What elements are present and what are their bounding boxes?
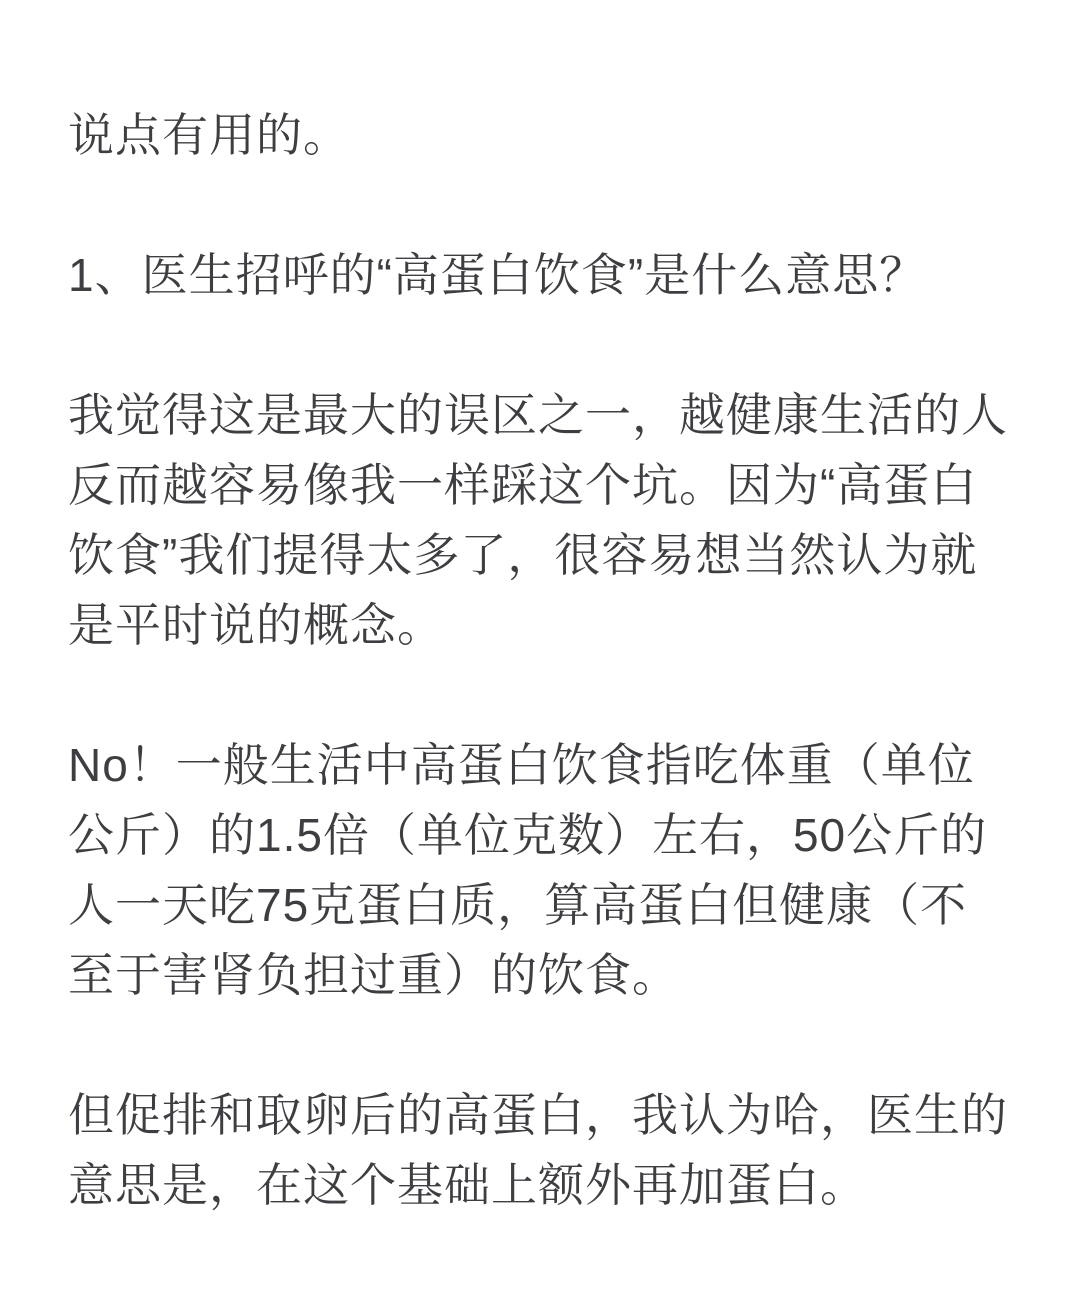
article-paragraph-definition: No！一般生活中高蛋白饮食指吃体重（单位公斤）的1.5倍（单位克数）左右，50公…: [68, 730, 1012, 1010]
article-body: 说点有用的。 1、医生招呼的“高蛋白饮食”是什么意思？ 我觉得这是最大的误区之一…: [0, 0, 1080, 1312]
article-paragraph-misconception: 我觉得这是最大的误区之一，越健康生活的人反而越容易像我一样踩这个坑。因为“高蛋白…: [68, 380, 1012, 660]
article-intro-line: 说点有用的。: [68, 100, 1012, 170]
article-paragraph-conclusion: 但促排和取卵后的高蛋白，我认为哈，医生的意思是，在这个基础上额外再加蛋白。: [68, 1080, 1012, 1220]
article-section-heading: 1、医生招呼的“高蛋白饮食”是什么意思？: [68, 240, 1012, 310]
